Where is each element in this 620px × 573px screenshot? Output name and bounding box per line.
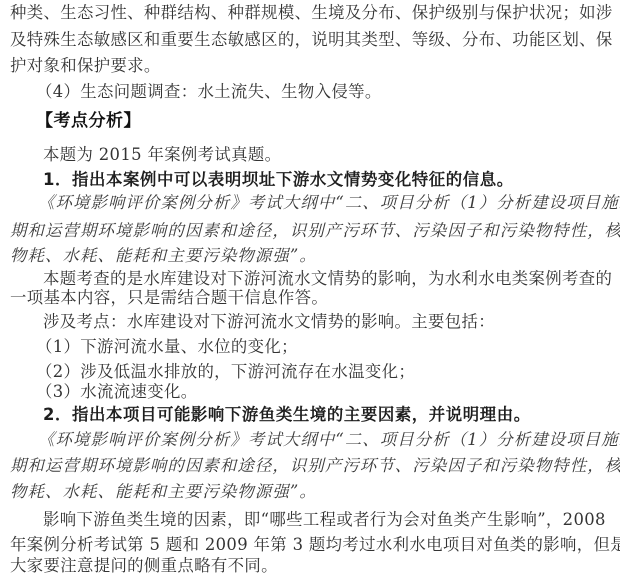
analysis-text: 年案例分析考试第 5 题和 2009 年第 3 题均考过水利水电项目对鱼类的影响… <box>10 534 600 556</box>
question-2-title: 2．指出本项目可能影响下游鱼类生境的主要因素，并说明理由。 <box>43 404 600 426</box>
list-item: （2）涉及低温水排放的，下游河流存在水温变化； <box>36 361 593 383</box>
list-item: （1）下游河流水量、水位的变化； <box>36 336 593 358</box>
syllabus-text: 期和运营期环境影响的因素和途径，识别产污环节、污染因子和污染物特性，核算 <box>10 455 600 477</box>
syllabus-text: 《环境影响评价案例分析》考试大纲中“二、项目分析（1）分析建设项目施工 <box>38 192 600 214</box>
syllabus-text: 物耗、水耗、能耗和主要污染物源强”。 <box>10 245 600 267</box>
analysis-text: 影响下游鱼类生境的因素，即“哪些工程或者行为会对鱼类产生影响”，2008 <box>43 509 600 531</box>
text-line: 及特殊生态敏感区和重要生态敏感区的，说明其类型、等级、分布、功能区划、保 <box>10 29 600 51</box>
text-line: 种类、生态习性、种群结构、种群规模、生境及分布、保护级别与保护状况；如涉 <box>10 2 600 24</box>
text-line: 护对象和保护要求。 <box>10 55 600 77</box>
question-1-title: 1．指出本案例中可以表明坝址下游水文情势变化特征的信息。 <box>43 169 600 191</box>
analysis-text: 一项基本内容，只是需结合题干信息作答。 <box>10 287 600 309</box>
syllabus-text: 期和运营期环境影响的因素和途径，识别产污环节、污染因子和污染物特性，核算 <box>10 220 600 242</box>
points-intro: 涉及考点：水库建设对下游河流水文情势的影响。主要包括： <box>43 311 600 333</box>
analysis-text: 大家要注意提问的侧重点略有不同。 <box>10 555 600 573</box>
list-item: （3）水流流速变化。 <box>36 381 593 403</box>
syllabus-text: 物耗、水耗、能耗和主要污染物源强”。 <box>10 481 600 503</box>
intro-paragraph: 本题为 2015 年案例考试真题。 <box>43 144 600 166</box>
text-line: （4）生态问题调查：水土流失、生物入侵等。 <box>36 81 593 103</box>
document-page: 种类、生态习性、种群结构、种群规模、生境及分布、保护级别与保护状况；如涉 及特殊… <box>0 0 620 573</box>
section-header: 【考点分析】 <box>36 110 593 132</box>
syllabus-text: 《环境影响评价案例分析》考试大纲中“二、项目分析（1）分析建设项目施工 <box>38 429 600 451</box>
